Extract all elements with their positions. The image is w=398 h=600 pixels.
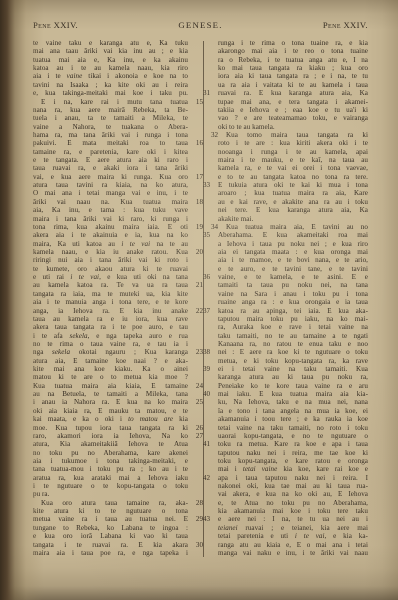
verse-number: 39 xyxy=(203,365,210,373)
text-line: au e kai rave, e akakite ana ra au i tok… xyxy=(218,198,368,206)
running-header-title: GENESE. xyxy=(178,20,222,30)
text-line: e, kua takinga-meitaki mai koe i taku pu… xyxy=(33,89,188,97)
text-line: matou ki te are o to metua kia moe ? xyxy=(33,373,188,381)
text-line: oki to te au kamela. xyxy=(218,123,368,131)
running-header-left: Pene XXIV. xyxy=(33,20,78,30)
text-line: riringi nui aia i tana āriki vai ki roto… xyxy=(33,256,188,264)
verse-number: 25 xyxy=(196,398,203,406)
text-line: aia ei tangata maata : e kua oronga mai xyxy=(218,248,368,256)
text-line: aia i te mamoe, e te bovi nana, e te ari… xyxy=(218,256,368,264)
verse-number: 36 xyxy=(203,273,210,281)
text-line: kite mai ana koe kiaku. Ka o ainei xyxy=(33,365,188,373)
text-line: nakonei oki, kua tae mai au ki taua rua- xyxy=(218,482,368,490)
text-line: Kua oro atura taua tamaine ra, aka-28 xyxy=(33,499,188,507)
text-line: te kumete, oro akaou atura ki te ruavai xyxy=(33,265,188,273)
verse-number: 38 xyxy=(203,348,210,356)
text-line: vai akera, e kua na ko oki au, E Iehova xyxy=(218,490,368,498)
text-line: e, te Atua no toku pu no Aberahama, xyxy=(218,499,368,507)
text-line: āriki vai naau na. Kua tuatua maira18 xyxy=(33,198,188,206)
text-line: tetai paretenia e uti i te vai, e kia ka… xyxy=(218,532,368,540)
verse-number: 24 xyxy=(196,382,203,390)
verse-number: 18 xyxy=(196,198,203,206)
text-line: tamaine ra, e paretenia, kare oki i kite… xyxy=(33,148,188,156)
text-line: e kua oro iorā Labana ki vao ki taua xyxy=(33,532,188,540)
verse-number: 26 xyxy=(196,424,203,432)
verse-number: 23 xyxy=(196,348,203,356)
text-line: metua, e ki toku kopu-tangata ra, ka rav… xyxy=(218,357,368,365)
text-line: E i na, kare rai i mutu tana tuatua15 xyxy=(33,98,188,106)
verse-number: 28 xyxy=(188,499,203,507)
text-line: ïa e tono i tana angela na mua ia koe, e… xyxy=(218,407,368,415)
text-line: tuela i anau, ta te tamaiti a Mileka, te xyxy=(33,114,188,122)
text-line: nana ra, kua aere mairā Rebeka, ta Be- xyxy=(33,106,188,114)
verse-number: 35 xyxy=(203,231,210,239)
text-line: nga sekela okotai ngauru ; Kua karanga23 xyxy=(33,348,188,356)
text-line: tupae mai ana, e tera tangata i akamei- xyxy=(218,98,368,106)
text-line: tangata ra iaia, ma te muteki ua, kia ki… xyxy=(33,290,188,298)
text-line: atura, Kia akameitakiiā Iehova te Atua xyxy=(33,440,188,448)
text-line: taputou naku nei i reira, me tae koe ki xyxy=(218,449,368,457)
text-line: vai, e kua aere maira ki runga. Kua oro1… xyxy=(33,173,188,181)
verse-number: 22 xyxy=(196,307,203,315)
text-line: tangata i te ruavai ra. E kia akara30 xyxy=(33,541,188,549)
text-line: atura aia, E tamaine koe naai ? e aka- xyxy=(33,357,188,365)
text-line: akamanuia i toou tere ; e ka rauka ia ko… xyxy=(218,415,368,423)
verse-number: 43 xyxy=(203,515,210,523)
verse-number: 31 xyxy=(203,89,210,97)
running-header-right: Pene XXIV. xyxy=(323,20,368,30)
verse-number: 19 xyxy=(196,223,203,231)
text-line: Kua tuatua maira aia, E tavini au no34 xyxy=(218,223,368,231)
text-line: au na Betuela, te tamaiti a Mileka, tana xyxy=(33,390,188,398)
text-line: oki aia kiaia ra, E mauku ta matou, e te xyxy=(33,407,188,415)
text-line: aia i tukumoe i tona takinga-meitaki, e xyxy=(33,457,188,465)
text-line: vao ? e are teateamamao toku, e vairanga xyxy=(218,114,368,122)
text-line: i anau ia Nahora ra. E kua na ko maira25 xyxy=(33,398,188,406)
text-line: akakite mai. xyxy=(218,215,368,223)
text-line: aia i te manuia anga i tona tere, e te k… xyxy=(33,298,188,306)
text-line: moe. Kua tupou iora taua tangata ra ki26 xyxy=(33,424,188,432)
verse-number: 21 xyxy=(196,281,203,289)
text-line: iora aia ki taua tangata ra ; e i na, te… xyxy=(218,72,368,80)
text-line: katoa au i te au kamela naau, kia riro xyxy=(33,64,188,72)
verse-number: 16 xyxy=(196,139,203,147)
text-line: vaine, e te kamela, e te asini. E e36 xyxy=(218,273,368,281)
text-line: toku ra metua. Kare ra koe e apa i taua4… xyxy=(218,440,368,448)
text-line: e uti rai i te vai, e kua uti oki na tan… xyxy=(33,273,188,281)
text-column-right: runga i te rima o tona tuaine ra, e kiaa… xyxy=(218,39,368,557)
text-line: raro, akamori iora ia Iehova, Na ko27 xyxy=(33,432,188,440)
text-line: mai i tetai vaine kia koe, kare rai koe … xyxy=(218,465,368,473)
text-line: te vaine taku e karanga atu e, Ka tuku xyxy=(33,39,188,47)
text-line: a Iehova i taua pu noku nei ; e kua riro xyxy=(218,240,368,248)
text-line: tungane to Rebeka, ko Labana te ingoa : xyxy=(33,524,188,532)
text-line: ra o Rebeka, i te tuatua anga atu e, I n… xyxy=(218,56,368,64)
text-line: metua vaine ra i taua au tuatua nei. E29 xyxy=(33,515,188,523)
text-line: tetai vaine na taku tamaiti, no roto i t… xyxy=(218,424,368,432)
text-line: O mai ana i tetai manga vai e inu, i te xyxy=(33,189,188,197)
text-line: ranga atu au kiaia e, E o mai ana i teta… xyxy=(218,541,368,549)
verse-number: 27 xyxy=(196,432,203,440)
text-line: pu ra. xyxy=(33,490,188,498)
text-line: aia i te vaine tikai i akonoia e koe na … xyxy=(33,72,188,80)
text-line: teianei ruavai ; e teianei, kia aere mai xyxy=(218,524,368,532)
book-page-photo: Pene XXIV. GENESE. Pene XXIV. te vaine t… xyxy=(0,0,398,600)
text-line: maira i te mauku, e te kaī, na taua au xyxy=(218,156,368,164)
running-header: Pene XXIV. GENESE. Pene XXIV. xyxy=(33,20,368,30)
text-line: manga vai naku e inu, i te āriki vai naa… xyxy=(218,549,368,557)
text-line: aratua ra, kua arataki mai a Iehova iaku xyxy=(33,474,188,482)
text-line: anga, ia Iehova ra. E kia inu anake22 xyxy=(33,307,188,315)
text-line: Kanaana ra, no ratou te enua taku e noo xyxy=(218,340,368,348)
text-line: aroaro ; kua tuatua maira ra aia, Kare xyxy=(218,189,368,197)
text-line: maira, Ka uti katoa au i te vai na te au xyxy=(33,240,188,248)
text-line: ruavai ra. E kua karanga atura aia, Ka31 xyxy=(218,89,368,97)
text-line: kite atura ki to te ngutuare o tona xyxy=(33,507,188,515)
text-line: tavini na Isaaka ; ka kite oki au i reir… xyxy=(33,81,188,89)
text-line: tuatua mai aia e, Ka inu, e ka akainu xyxy=(33,56,188,64)
text-line: Kua tomo maira taua tangata ra ki32 xyxy=(218,131,368,139)
text-line: e aere nei : I na, te tu ua nei au i43 xyxy=(218,515,368,523)
text-line: kia akamanuia mai koe i toku tere taku xyxy=(218,507,368,515)
text-line: tana tuatua-mou i toku pu ra ; ko au i t… xyxy=(33,465,188,473)
text-line: au kamela katoa ra. Te va ua ra taua21 xyxy=(33,281,188,289)
text-line: e te auro, e te tavini tane, e te tavini xyxy=(218,265,368,273)
text-line: ua ra aia i vaitata ki te au kamela i ta… xyxy=(218,81,368,89)
text-line: akera taua tangata ra i te poe auro, e t… xyxy=(33,323,188,331)
text-line: katoa ra au apinga, tei iaia. E kua aka-… xyxy=(218,307,368,315)
text-line: aia, Ka inu, e tama : kua tuku vave xyxy=(33,206,188,214)
verse-number: 42 xyxy=(203,474,210,482)
text-line: tamaiti ta taua pu noku nei, na tana xyxy=(218,281,368,289)
text-line: kamela naau, e kia iu anake ratou. Kua20 xyxy=(33,248,188,256)
text-line: Aberahama. E kua akameitaki roa mai35 xyxy=(218,231,368,239)
text-line: tona rima, kua akainu maira iaia. E oti1… xyxy=(33,223,188,231)
text-line: ra, Auraka koe e rave i tetai vaine na xyxy=(218,323,368,331)
text-line: E tukuia atura oki te kai ki mua i tona3… xyxy=(218,181,368,189)
text-column-left: te vaine taku e karanga atu e, Ka tukuma… xyxy=(33,39,188,557)
verse-number: 15 xyxy=(188,98,203,106)
text-line: akera aia i te akainuia e ia, kua na ko xyxy=(33,231,188,239)
text-line: nei tere. E kua karanga atura aia, Ka xyxy=(218,206,368,214)
text-line: maira aia i taua poe ra, e nga tapeka i xyxy=(33,549,188,557)
text-line: ku, Na Iehova, taku e na mua nei, nana xyxy=(218,398,368,406)
text-line: kamela ra, e te vai ei orei i tona vaeva… xyxy=(218,164,368,172)
text-line: toku kopu-tangata, e kare ratou e oronga xyxy=(218,457,368,465)
text-line: e te tangata. E aere atura aia ki raro i xyxy=(33,156,188,164)
text-line: taku tamaiti, no te au tamaine a te ngat… xyxy=(218,332,368,340)
text-line: nei : E aere ra koe ki te ngutuare o tok… xyxy=(218,348,368,356)
text-line: taputou maira toku pu iaku, na ko mai- xyxy=(218,315,368,323)
verse-number: 32 xyxy=(203,131,218,139)
text-line: Peneiake ko te kore taua vaine ra e aru xyxy=(218,382,368,390)
verse-number: 30 xyxy=(196,541,203,549)
verse-number: 41 xyxy=(203,440,210,448)
text-line: mai iaku. E kua tuatua maira aia kia-40 xyxy=(218,390,368,398)
verse-number: 29 xyxy=(196,515,203,523)
text-line: pakuivi. E mata meitaki roa to taua16 xyxy=(33,139,188,147)
text-line: runga i te rima o tona tuaine ra, e kia xyxy=(218,39,368,47)
text-line: apa i taua taputou naku nei i reira. I42 xyxy=(218,474,368,482)
text-line: nooanga i runga i te au kamela, apai xyxy=(218,148,368,156)
text-line: mai ana taau āriki vai kia inu au ; e ki… xyxy=(33,47,188,55)
text-line: vaine na Sara i anau i toku pu i tona xyxy=(218,290,368,298)
text-line: i te ngutuare o te kopu-tangata o toku xyxy=(33,482,188,490)
text-line: uaorai kopu-tangata, e no te ngutuare o xyxy=(218,432,368,440)
text-line: kai maata, e ka o oki i to matou are kia xyxy=(33,415,188,423)
text-line: ruaine anga ra : e kua orongaia e ia tau… xyxy=(218,298,368,306)
text-line: akarongo mai aia i te reo o tona tuaine xyxy=(218,47,368,55)
text-line: karanga atura au ki taua pu noku ra, xyxy=(218,373,368,381)
verse-number: 37 xyxy=(203,307,210,315)
text-line: takiia e Iehova e ; eaa koe e tu ua'i ki xyxy=(218,106,368,114)
verse-number: 20 xyxy=(196,248,203,256)
text-line: taua ruavai ra, e akaki iora i tana ārik… xyxy=(33,164,188,172)
verse-number: 33 xyxy=(203,181,210,189)
text-line: Kua tuatua maira aia kiaia, E tamaine24 xyxy=(33,382,188,390)
text-line: e to te au tangata katoa no tona ra tere… xyxy=(218,173,368,181)
text-line: ko mai taua tangata ra kiaku ; kua oro xyxy=(218,64,368,72)
text-line: taua au kamela ra e iu iora, kua rave xyxy=(33,315,188,323)
verse-number: 40 xyxy=(203,390,210,398)
text-line: vaine a Nahora, te tuakana o Abera- xyxy=(33,123,188,131)
text-line: maira i tana āriki vai ki raro, ki runga… xyxy=(33,215,188,223)
text-line: hama ra, ma tana āriki vai i runga i ton… xyxy=(33,131,188,139)
text-line: no te rima o taua vaine ra, e tau ia i xyxy=(33,340,188,348)
text-line: atura taua tavini ra kiaia, na ko atura, xyxy=(33,181,188,189)
verse-number: 17 xyxy=(196,173,203,181)
verse-number: 34 xyxy=(203,223,218,231)
text-line: roto i te are : kua kiriti akera oki i t… xyxy=(218,139,368,147)
text-line: no toku pu no Aberahama, kare akenei xyxy=(33,449,188,457)
text-line: i te afa sekela, e nga tapeka auro e rua xyxy=(33,332,188,340)
text-line: ei i tetai vaine na taku tamaiti. Kua39 xyxy=(218,365,368,373)
